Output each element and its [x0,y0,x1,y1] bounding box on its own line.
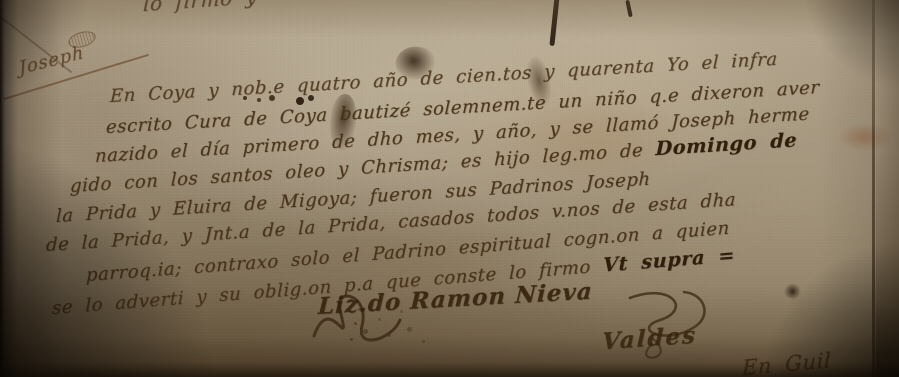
record-line-8-emphasis: Vt supra = [603,243,735,276]
next-entry-fragment: En Guil [742,348,832,377]
cut-flourish-stroke [549,0,559,46]
page-edge-band [875,0,899,377]
signature-rubric-flourish [300,280,720,370]
previous-entry-fragment: lo firmo y [143,0,258,16]
ink-spot [784,284,801,299]
cut-descender-stroke [625,0,632,17]
manuscript-photo: Joseph lo firmo y En Coya y nob.e quatro… [0,0,899,377]
margin-name: Joseph [18,42,86,79]
